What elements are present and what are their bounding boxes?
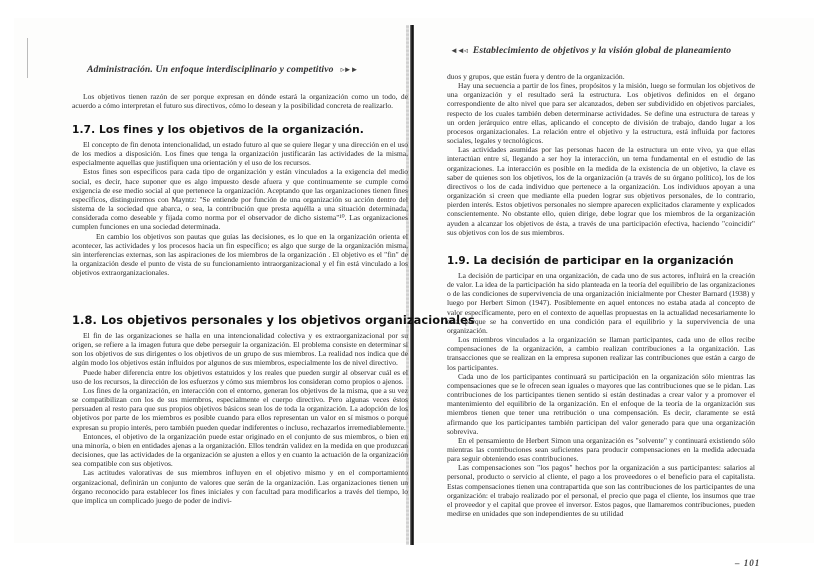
paragraph: En cambio los objetivos son pautas que g… <box>72 232 408 278</box>
section-title-1-8: 1.8. Los objetivos personales y los obje… <box>72 313 475 327</box>
paragraph: La decisión de participar en una organiz… <box>447 271 755 335</box>
intro-text: Los objetivos tienen razón de ser porque… <box>72 92 408 110</box>
left-page: Administración. Un enfoque interdiscipli… <box>0 0 412 585</box>
paragraph: Estos fines son específicos para cada ti… <box>72 167 408 231</box>
paragraph: El concepto de fin denota intencionalida… <box>72 140 408 167</box>
section-1-8-body: El fin de las organizaciones se halla en… <box>72 331 408 505</box>
paragraph: En el pensamiento de Herbert Simon una o… <box>447 436 755 463</box>
right-page: ◄◄◃Establecimiento de objetivos y la vis… <box>420 0 828 585</box>
paragraph: Los miembros vinculados a la organizació… <box>447 335 755 372</box>
section-1-7-body: El concepto de fin denota intencionalida… <box>72 140 408 277</box>
paragraph: Las actividades asumidas por las persona… <box>447 145 755 237</box>
section-title-1-9: 1.9. La decisión de participar en la org… <box>447 255 734 267</box>
running-head-title: Establecimiento de objetivos y la visión… <box>473 45 731 56</box>
paragraph: El fin de las organizaciones se halla en… <box>72 331 408 368</box>
paragraph: Puede haber diferencia entre los objetiv… <box>72 368 408 386</box>
forward-arrows-icon: ▹►► <box>341 65 358 74</box>
running-head-title: Administración. Un enfoque interdiscipli… <box>87 64 334 75</box>
continuation-text: duos y grupos, que están fuera y dentro … <box>447 72 755 237</box>
paragraph: duos y grupos, que están fuera y dentro … <box>447 72 755 81</box>
back-arrows-icon: ◄◄◃ <box>450 46 467 55</box>
paragraph: Las actitudes valorativas de sus miembro… <box>72 468 408 505</box>
paragraph: Entonces, el objetivo de la organización… <box>72 432 408 469</box>
section-1-9-body: La decisión de participar en una organiz… <box>447 271 755 518</box>
paragraph: Las compensaciones son "los pagos" hecho… <box>447 463 755 518</box>
paragraph: Los objetivos tienen razón de ser porque… <box>72 92 408 110</box>
right-running-head: ◄◄◃Establecimiento de objetivos y la vis… <box>450 45 731 56</box>
paragraph: Los fines de la organización, en interac… <box>72 386 408 432</box>
paragraph: Hay una secuencia a partir de los fines,… <box>447 81 755 145</box>
left-running-head: Administración. Un enfoque interdiscipli… <box>87 64 357 75</box>
paragraph: Cada uno de los participantes continuará… <box>447 372 755 436</box>
section-title-1-7: 1.7. Los fines y los objetivos de la org… <box>72 124 364 136</box>
page-number: – 101 <box>735 558 760 568</box>
